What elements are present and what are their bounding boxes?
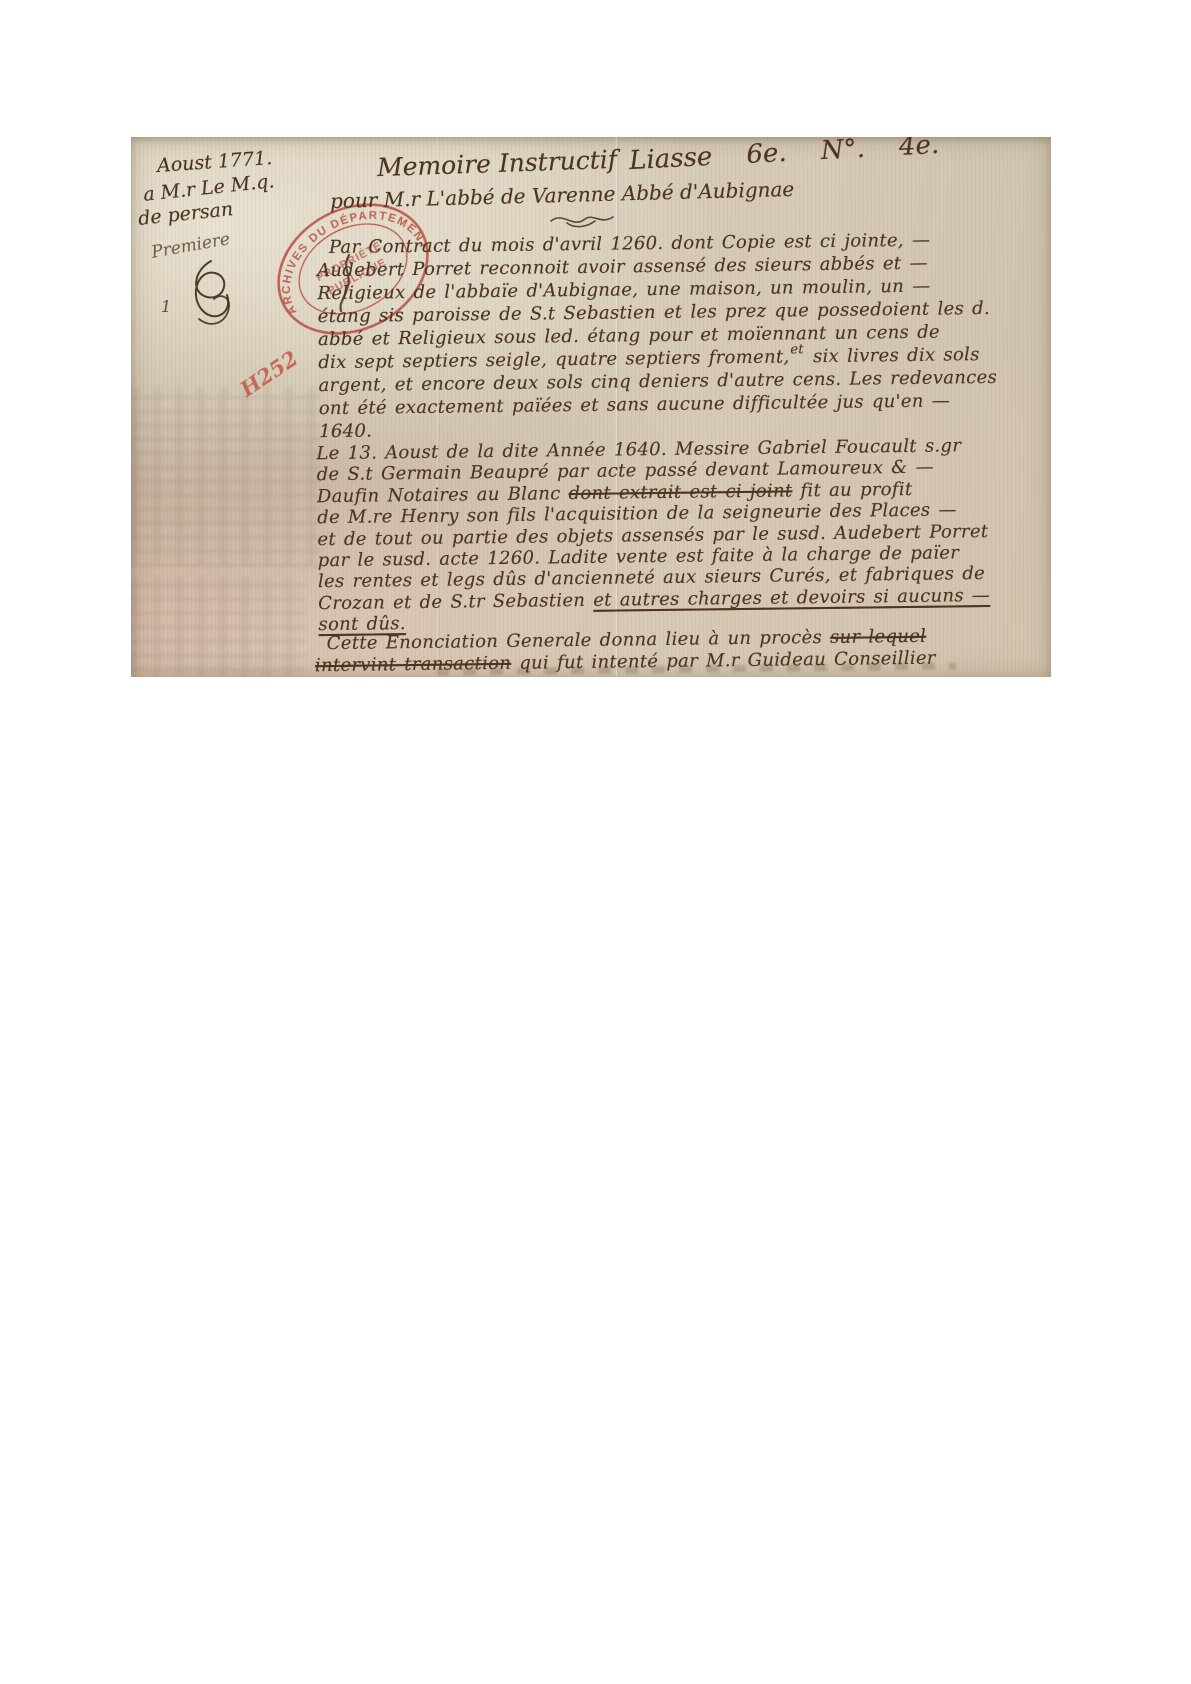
line-segment: fit au profit	[792, 479, 912, 501]
strikethrough-text: dont extrait est ci joint	[568, 480, 792, 504]
body-text: Par Contract du mois d'avril 1260. dont …	[131, 137, 1051, 677]
paragraph-1: Par Contract du mois d'avril 1260. dont …	[317, 229, 998, 444]
paragraph-2: Le 13. Aoust de la dite Année 1640. Mess…	[316, 435, 990, 636]
manuscript-photo: Aoust 1771. a M.r Le M.q. de persan Prem…	[131, 137, 1051, 677]
line-segment: dix sept septiers seigle, quatre septier…	[318, 346, 789, 373]
line-segment: six livres dix sols	[805, 344, 980, 367]
line-segment: Crozan et de S.tr Sebastien	[318, 590, 593, 614]
page-background: Aoust 1771. a M.r Le M.q. de persan Prem…	[0, 0, 1191, 1684]
strikethrough-text: sur lequel	[830, 626, 926, 648]
underlined-text: et autres charges et devoirs si aucuns —	[593, 585, 990, 611]
line-segment: Daufin Notaires au Blanc	[317, 483, 569, 507]
interline-insertion: et	[790, 342, 804, 357]
